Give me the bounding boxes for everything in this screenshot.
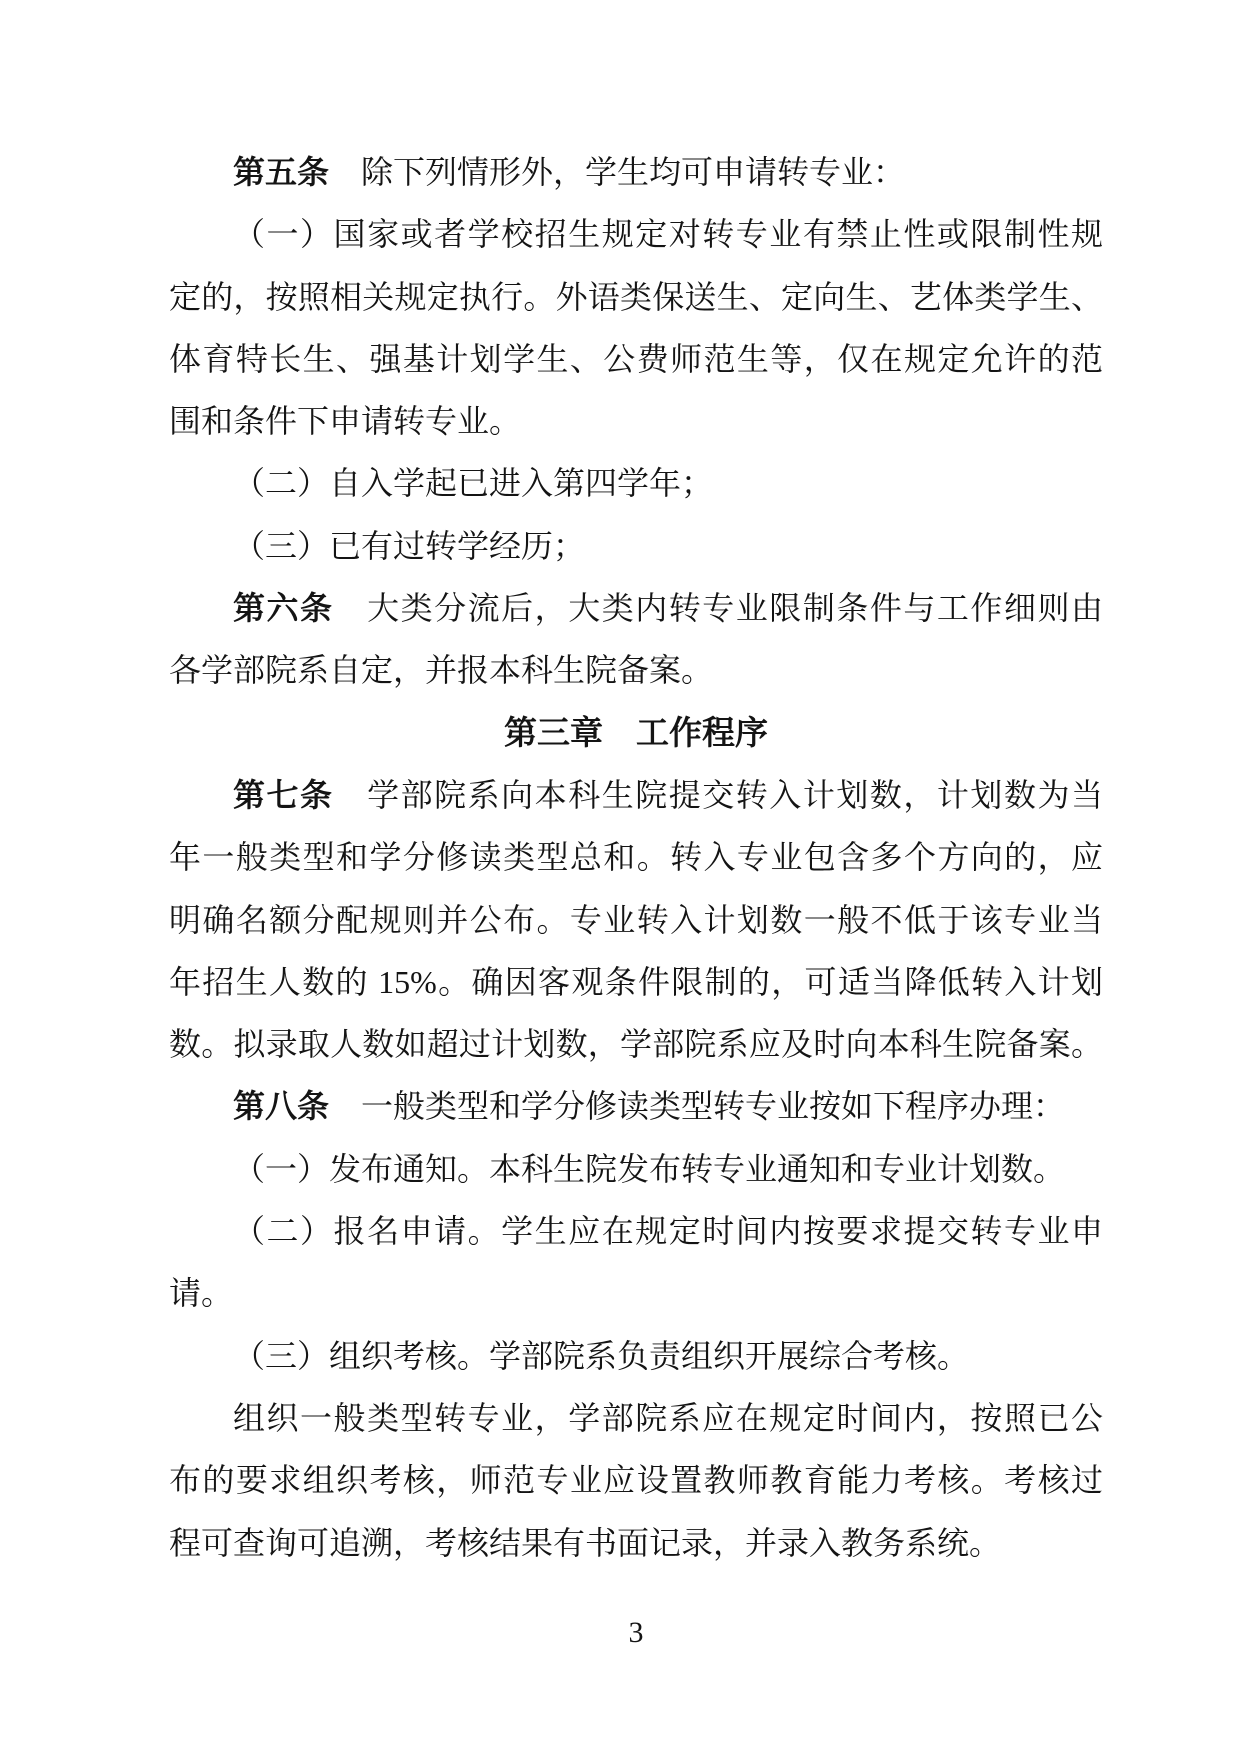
line-text: 定的，按照相关规定执行。外语类保送生、定向生、艺体类学生、 [169,279,1103,315]
text-line: 年招生人数的 15%。确因客观条件限制的，可适当降低转入计划 [169,951,1103,1013]
text-line: （三）已有过转学经历； [169,515,1103,577]
text-line: 定的，按照相关规定执行。外语类保送生、定向生、艺体类学生、 [169,266,1103,328]
line-text: 大类分流后，大类内转专业限制条件与工作细则由 [334,590,1103,626]
line-text: 组织一般类型转专业，学部院系应在规定时间内，按照已公 [233,1400,1103,1436]
line-text: 请。 [169,1275,233,1311]
text-line: 组织一般类型转专业，学部院系应在规定时间内，按照已公 [169,1387,1103,1449]
text-line: 第八条 一般类型和学分修读类型转专业按如下程序办理： [169,1075,1103,1137]
line-text: （二）报名申请。学生应在规定时间内按要求提交转专业申 [233,1213,1103,1249]
line-text: （三）组织考核。学部院系负责组织开展综合考核。 [233,1338,969,1374]
document-body: 第五条 除下列情形外，学生均可申请转专业：（一）国家或者学校招生规定对转专业有禁… [169,141,1103,1574]
text-line: （一）发布通知。本科生院发布转专业通知和专业计划数。 [169,1138,1103,1200]
text-line: 各学部院系自定，并报本科生院备案。 [169,639,1103,701]
line-text: 第三章 工作程序 [504,714,768,751]
line-text: 年招生人数的 15%。确因客观条件限制的，可适当降低转入计划 [169,964,1103,1000]
text-line: （二）自入学起已进入第四学年； [169,452,1103,514]
chapter-heading: 第三章 工作程序 [169,702,1103,764]
text-line: 围和条件下申请转专业。 [169,390,1103,452]
line-text: 数。拟录取人数如超过计划数，学部院系应及时向本科生院备案。 [169,1026,1103,1062]
text-line: 体育特长生、强基计划学生、公费师范生等，仅在规定允许的范 [169,328,1103,390]
line-text: 明确名额分配规则并公布。专业转入计划数一般不低于该专业当 [169,902,1103,938]
line-text: 除下列情形外，学生均可申请转专业： [329,154,905,190]
text-line: 年一般类型和学分修读类型总和。转入专业包含多个方向的，应 [169,826,1103,888]
text-line: 请。 [169,1262,1103,1324]
article-number: 第七条 [233,777,334,813]
text-line: （二）报名申请。学生应在规定时间内按要求提交转专业申 [169,1200,1103,1262]
line-text: 学部院系向本科生院提交转入计划数，计划数为当 [334,777,1103,813]
text-line: （三）组织考核。学部院系负责组织开展综合考核。 [169,1325,1103,1387]
line-text: （二）自入学起已进入第四学年； [233,465,713,501]
line-text: （一）发布通知。本科生院发布转专业通知和专业计划数。 [233,1151,1065,1187]
text-line: 布的要求组织考核，师范专业应设置教师教育能力考核。考核过 [169,1449,1103,1511]
article-number: 第五条 [233,154,329,190]
line-text: 程可查询可追溯，考核结果有书面记录，并录入教务系统。 [169,1525,1001,1561]
text-line: 第五条 除下列情形外，学生均可申请转专业： [169,141,1103,203]
line-text: （一）国家或者学校招生规定对转专业有禁止性或限制性规 [233,216,1103,252]
line-text: 各学部院系自定，并报本科生院备案。 [169,652,713,688]
text-line: 第七条 学部院系向本科生院提交转入计划数，计划数为当 [169,764,1103,826]
text-line: 程可查询可追溯，考核结果有书面记录，并录入教务系统。 [169,1512,1103,1574]
line-text: 布的要求组织考核，师范专业应设置教师教育能力考核。考核过 [169,1462,1103,1498]
text-line: （一）国家或者学校招生规定对转专业有禁止性或限制性规 [169,203,1103,265]
line-text: 一般类型和学分修读类型转专业按如下程序办理： [329,1088,1065,1124]
article-number: 第八条 [233,1088,329,1124]
line-text: 年一般类型和学分修读类型总和。转入专业包含多个方向的，应 [169,839,1103,875]
text-line: 明确名额分配规则并公布。专业转入计划数一般不低于该专业当 [169,889,1103,951]
page-number: 3 [169,1612,1103,1654]
article-number: 第六条 [233,590,334,626]
line-text: 围和条件下申请转专业。 [169,403,521,439]
line-text: 体育特长生、强基计划学生、公费师范生等，仅在规定允许的范 [169,341,1103,377]
text-line: 数。拟录取人数如超过计划数，学部院系应及时向本科生院备案。 [169,1013,1103,1075]
line-text: （三）已有过转学经历； [233,528,585,564]
text-line: 第六条 大类分流后，大类内转专业限制条件与工作细则由 [169,577,1103,639]
